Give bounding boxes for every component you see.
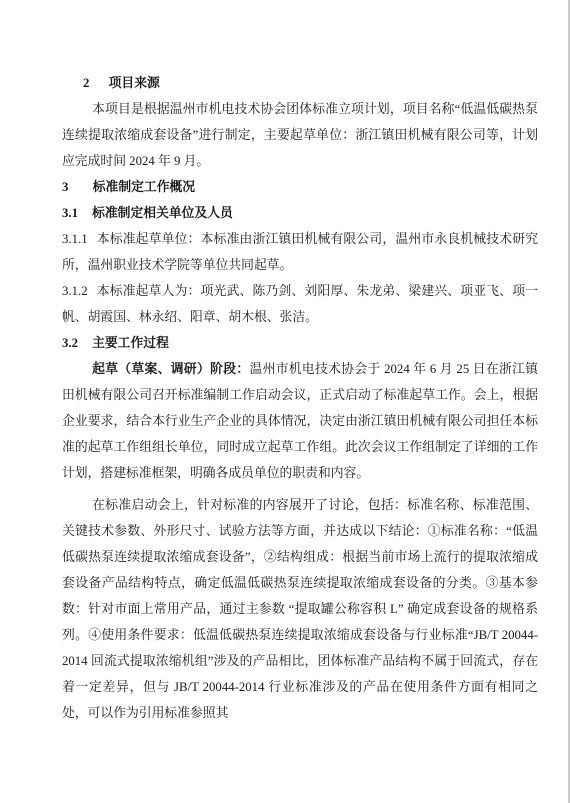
clause-heading-2-project-source: 2项目来源 bbox=[62, 70, 538, 96]
clause-heading-3-work-overview: 3标准制定工作概况 bbox=[62, 174, 538, 200]
paragraph-text: 温州市机电技术协会于 2024 年 6 月 25 日在浙江镇田机械有限公司召开标… bbox=[62, 362, 538, 480]
clause-title: 标准制定相关单位及人员 bbox=[92, 206, 233, 220]
clause-number: 3.1.1 bbox=[62, 232, 88, 246]
clause-number: 3.2 bbox=[62, 330, 78, 356]
clause-number: 3.1 bbox=[62, 200, 78, 226]
clause-number: 3.1.2 bbox=[62, 284, 88, 298]
clause-title: 项目来源 bbox=[109, 76, 160, 90]
paragraph-project-source: 本项目是根据温州市机电技术协会团体标准立项计划，项目名称“低温低碳热泵连续提取浓… bbox=[62, 96, 538, 174]
paragraph-3-1-2-drafters: 3.1.2本标准起草人为：项光武、陈乃剑、刘阳厚、朱龙弟、梁建兴、项亚飞、项一帆… bbox=[62, 278, 538, 330]
clause-title: 主要工作过程 bbox=[92, 336, 169, 350]
paragraph-kickoff-discussion: 在标准启动会上，针对标准的内容展开了讨论，包括：标准名称、标准范围、关键技术参数… bbox=[62, 492, 538, 726]
clause-number: 2 bbox=[83, 70, 89, 96]
clause-heading-3-1-units-personnel: 3.1标准制定相关单位及人员 bbox=[62, 200, 538, 226]
clause-title: 标准制定工作概况 bbox=[93, 180, 195, 194]
paragraph-lead-bold: 起草（草案、调研）阶段： bbox=[92, 362, 249, 376]
paragraph-3-1-1-drafting-units: 3.1.1本标准起草单位：本标准由浙江镇田机械有限公司，温州市永良机械技术研究所… bbox=[62, 226, 538, 278]
clause-heading-3-2-main-process: 3.2主要工作过程 bbox=[62, 330, 538, 356]
paragraph-text: 本标准起草人为：项光武、陈乃剑、刘阳厚、朱龙弟、梁建兴、项亚飞、项一帆、胡霞国、… bbox=[62, 284, 538, 324]
paragraph-text: 本标准起草单位：本标准由浙江镇田机械有限公司，温州市永良机械技术研究所，温州职业… bbox=[62, 232, 538, 272]
page-edge-line bbox=[568, 0, 570, 803]
paragraph-drafting-stage: 起草（草案、调研）阶段：温州市机电技术协会于 2024 年 6 月 25 日在浙… bbox=[62, 356, 538, 486]
document-body: 2项目来源 本项目是根据温州市机电技术协会团体标准立项计划，项目名称“低温低碳热… bbox=[62, 70, 538, 726]
clause-number: 3 bbox=[62, 174, 68, 200]
